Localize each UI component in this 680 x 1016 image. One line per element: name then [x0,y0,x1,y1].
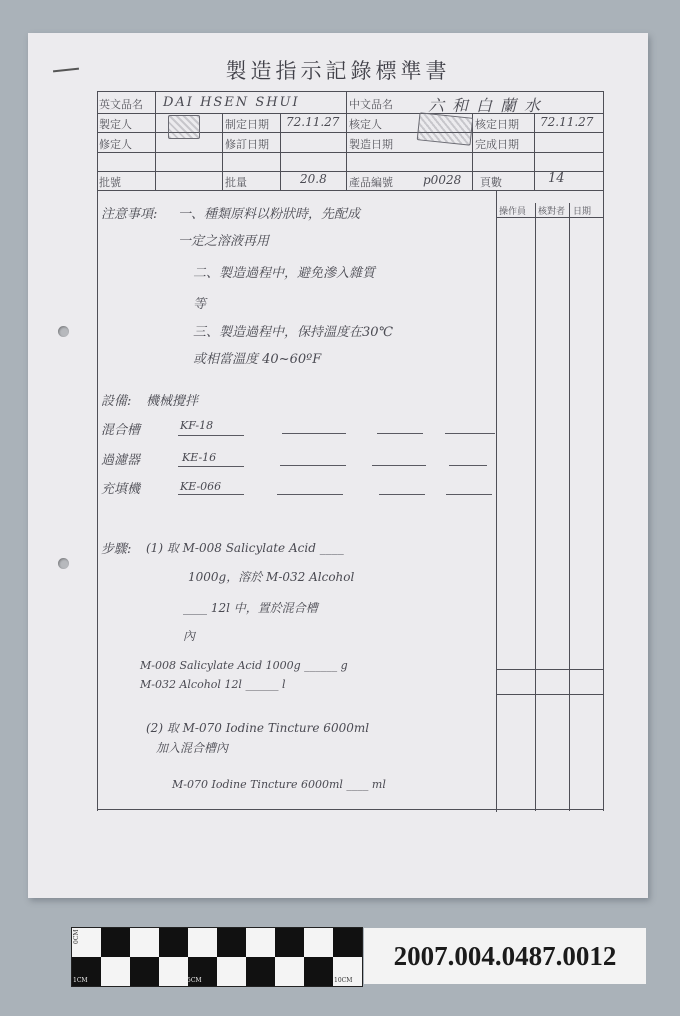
scale-label: 0CM [73,929,80,944]
note-line: 一、種類原料以粉狀時，先配成 [178,203,360,222]
label-complete-date: 完成日期 [475,136,519,152]
column-date: 日期 [573,204,591,217]
product-no: p0028 [423,173,461,187]
equipment-name: 過濾器 [101,449,140,468]
document-sheet: 製造指示記錄標準書 英文品名 DAI HSEN SHUI 中文品名 六和白蘭水 … [28,33,648,898]
english-name: DAI HSEN SHUI [163,95,300,110]
scale-label: 10CM [334,977,352,984]
note-line: 三、製造過程中，保持溫度在30℃ [193,321,393,340]
label-english-name: 英文品名 [99,96,143,112]
equipment-code: KF-18 [180,419,213,432]
equipment-code: KE-066 [180,480,221,493]
label-batch-qty: 批量 [225,174,247,190]
step-line: (1) 取 M-008 Salicylate Acid ____ [146,539,344,556]
pages: 14 [548,171,565,186]
steps-label: 步驟: [101,538,131,557]
label-maker: 製定人 [99,116,132,132]
note-line: 二、製造過程中，避免滲入雜質 [193,262,375,281]
notes-label: 注意事項: [101,203,157,222]
step-line: (2) 取 M-070 Iodine Tincture 6000ml [146,719,369,736]
step-line: ____ 12l 中，置於混合槽 [183,599,318,616]
step-line: 加入混合槽內 [156,739,228,756]
column-checker: 核對者 [538,204,565,217]
label-mfg-date: 製造日期 [349,136,393,152]
punch-hole [58,558,69,569]
step-line: 1000g，溶於 M-032 Alcohol [188,568,354,585]
maker-seal-stamp [168,115,200,139]
scale-label: 5CM [187,977,202,984]
approve-date: 72.11.27 [540,115,593,129]
chinese-name: 六和白蘭水 [428,93,548,116]
equipment-label: 設備: [101,390,131,409]
label-make-date: 制定日期 [225,116,269,132]
equipment-value: 機械攪拌 [146,390,198,409]
label-approver: 核定人 [349,116,382,132]
label-chinese-name: 中文品名 [349,96,393,112]
label-batch: 批號 [99,174,121,190]
document-title: 製造指示記錄標準書 [28,55,648,85]
equipment-code: KE-16 [182,451,216,464]
color-scale-bar [71,927,363,987]
equipment-name: 混合槽 [101,419,140,438]
column-operator: 操作員 [499,204,526,217]
punch-hole [58,326,69,337]
note-line: 或相當溫度 40~60ºF [193,348,321,367]
step-line: 內 [183,627,195,644]
note-line: 等 [193,293,206,312]
step-line: M-070 Iodine Tincture 6000ml ____ ml [172,778,386,791]
label-product-no: 產品編號 [349,174,393,190]
label-approve-date: 核定日期 [475,116,519,132]
scale-label: 1CM [73,977,88,984]
note-line: 一定之溶液再用 [178,230,269,249]
approver-seal-stamp [417,112,474,145]
accession-number-label: 2007.004.0487.0012 [364,928,646,984]
step-line: M-008 Salicylate Acid 1000g ______ g [140,659,348,672]
batch-qty: 20.8 [300,172,327,186]
equipment-name: 充填機 [101,478,140,497]
label-reviser: 修定人 [99,136,132,152]
make-date: 72.11.27 [286,115,339,129]
label-revise-date: 修訂日期 [225,136,269,152]
label-pages: 頁數 [480,174,502,190]
step-line: M-032 Alcohol 12l ______ l [140,678,285,691]
